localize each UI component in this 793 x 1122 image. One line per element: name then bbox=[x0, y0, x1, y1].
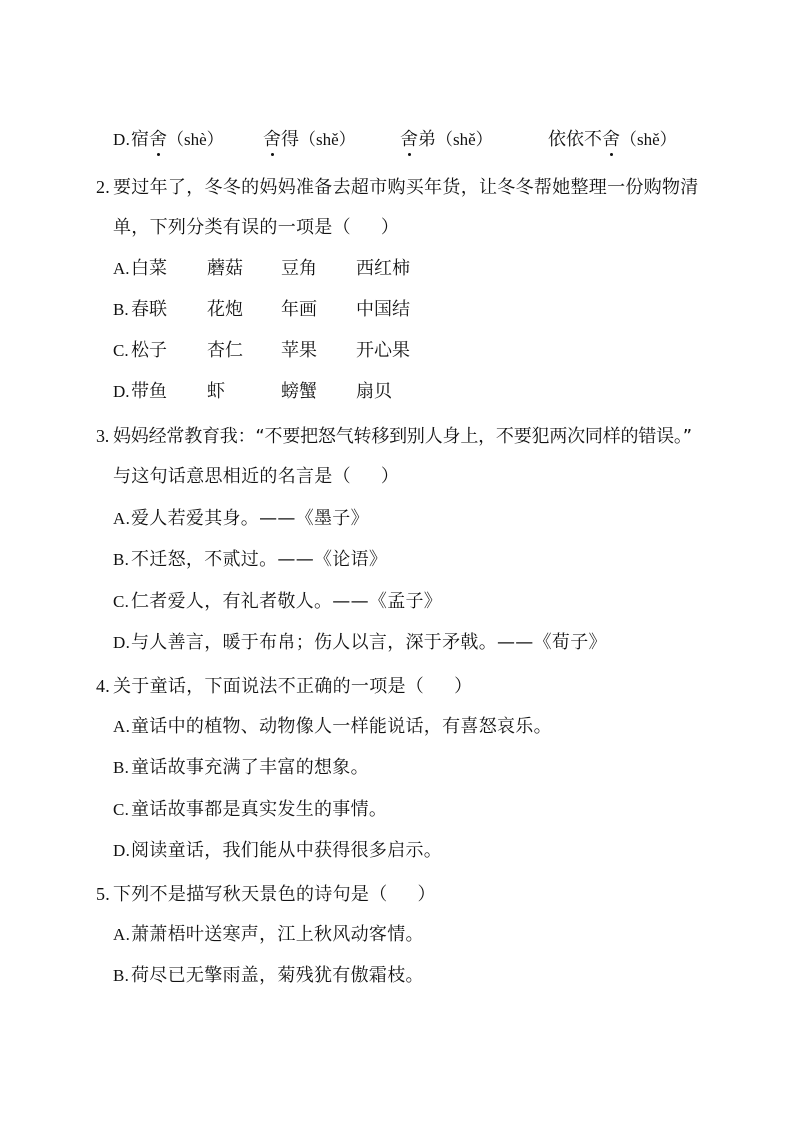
option-item: 花炮 bbox=[207, 299, 243, 321]
emphasis-char: 舍 bbox=[602, 129, 620, 151]
emphasis-char: 舍 bbox=[149, 129, 167, 151]
option-item: 年画 bbox=[281, 299, 317, 321]
option-item: 白菜 bbox=[131, 258, 167, 279]
option-text: 童话故事都是真实发生的事情。 bbox=[131, 799, 387, 820]
q5-option-b: B.荷尽已无擎雨盖，菊残犹有傲霜枝。 bbox=[113, 965, 424, 987]
option-item: 螃蟹 bbox=[281, 381, 317, 403]
option-item: 松子 bbox=[131, 340, 167, 361]
option-item: 豆角 bbox=[281, 258, 317, 280]
option-text: 童话故事充满了丰富的想象。 bbox=[131, 757, 369, 778]
option-text: 阅读童话，我们能从中获得很多启示。 bbox=[131, 840, 442, 861]
option-item: 蘑菇 bbox=[207, 258, 243, 280]
pinyin: （shě） bbox=[436, 130, 493, 149]
q2-stem-line1: 2.要过年了，冬冬的妈妈准备去超市购买年货，让冬冬帮她整理一份购物清 bbox=[96, 176, 699, 199]
option-text: 童话中的植物、动物像人一样能说话，有喜怒哀乐。 bbox=[131, 716, 552, 737]
q5-option-a: A.萧萧梧叶送寒声，江上秋风动客情。 bbox=[113, 924, 424, 946]
option-text: 与人善言，暖于布帛；伤人以言，深于矛戟。——《荀子》 bbox=[131, 632, 607, 653]
option-text: 荷尽已无擎雨盖，菊残犹有傲霜枝。 bbox=[131, 965, 424, 986]
option-letter: B. bbox=[113, 965, 131, 987]
q3-option-d: D.与人善言，暖于布帛；伤人以言，深于矛戟。——《荀子》 bbox=[113, 632, 607, 654]
option-text: 萧萧梧叶送寒声，江上秋风动客情。 bbox=[131, 924, 424, 945]
exam-page: D. 宿舍（shè） 舍得（shě） 舍弟（shě） 依依不舍（shě） 2.要… bbox=[0, 0, 793, 1122]
question-number: 3. bbox=[96, 425, 113, 447]
option-letter: C. bbox=[113, 799, 131, 821]
option-text: 爱人若爱其身。——《墨子》 bbox=[131, 508, 369, 529]
option-letter: D. bbox=[113, 381, 131, 403]
pinyin: （shè） bbox=[167, 130, 224, 149]
question-number: 5. bbox=[96, 883, 113, 905]
option-item: 虾 bbox=[207, 381, 225, 403]
q4-option-c: C.童话故事都是真实发生的事情。 bbox=[113, 799, 387, 821]
q3-stem-line1: 3.妈妈经常教育我：“不要把怒气转移到别人身上，不要犯两次同样的错误。” bbox=[96, 425, 692, 448]
q1-d-item-2: 舍得（shě） bbox=[263, 129, 356, 151]
option-item: 开心果 bbox=[356, 340, 410, 362]
option-letter: D. bbox=[113, 632, 131, 654]
q2-stem-line2: 单，下列分类有误的一项是（） bbox=[113, 217, 399, 239]
q3-stem-line2: 与这句话意思相近的名言是（） bbox=[113, 466, 399, 488]
option-item: 苹果 bbox=[281, 340, 317, 362]
option-letter: D. bbox=[113, 840, 131, 862]
emphasis-char: 舍 bbox=[263, 129, 281, 151]
option-item: 杏仁 bbox=[207, 340, 243, 362]
q3-option-c: C.仁者爱人，有礼者敬人。——《孟子》 bbox=[113, 591, 442, 613]
question-number: 2. bbox=[96, 176, 113, 198]
q4-option-d: D.阅读童话，我们能从中获得很多启示。 bbox=[113, 840, 442, 862]
q4-option-b: B.童话故事充满了丰富的想象。 bbox=[113, 757, 369, 779]
option-letter: B. bbox=[113, 549, 131, 571]
q3-option-b: B.不迁怒，不贰过。——《论语》 bbox=[113, 549, 387, 571]
emphasis-char: 舍 bbox=[400, 129, 418, 151]
option-text: 不迁怒，不贰过。——《论语》 bbox=[131, 549, 387, 570]
option-item: 春联 bbox=[131, 299, 167, 320]
q3-option-a: A.爱人若爱其身。——《墨子》 bbox=[113, 508, 369, 530]
option-item: 西红柿 bbox=[356, 258, 410, 280]
option-item: 中国结 bbox=[356, 299, 410, 321]
q1-option-d: D. bbox=[113, 129, 131, 151]
option-letter: B. bbox=[113, 757, 131, 779]
option-letter: A. bbox=[113, 508, 131, 530]
option-letter: D. bbox=[113, 129, 131, 151]
pinyin: （shě） bbox=[299, 130, 356, 149]
q4-stem: 4.关于童话，下面说法不正确的一项是（） bbox=[96, 675, 472, 698]
option-text: 仁者爱人，有礼者敬人。——《孟子》 bbox=[131, 591, 442, 612]
option-letter: C. bbox=[113, 340, 131, 362]
option-letter: C. bbox=[113, 591, 131, 613]
option-letter: A. bbox=[113, 716, 131, 738]
q5-stem: 5.下列不是描写秋天景色的诗句是（） bbox=[96, 883, 436, 906]
q4-option-a: A.童话中的植物、动物像人一样能说话，有喜怒哀乐。 bbox=[113, 716, 552, 738]
option-letter: B. bbox=[113, 299, 131, 321]
option-item: 扇贝 bbox=[356, 381, 392, 403]
option-letter: A. bbox=[113, 924, 131, 946]
q1-d-item-3: 舍弟（shě） bbox=[400, 129, 493, 151]
q1-d-item-4: 依依不舍（shě） bbox=[548, 129, 677, 151]
question-number: 4. bbox=[96, 675, 113, 697]
q1-d-item-1: 宿舍（shè） bbox=[131, 129, 224, 151]
option-letter: A. bbox=[113, 258, 131, 280]
option-item: 带鱼 bbox=[131, 381, 167, 402]
pinyin: （shě） bbox=[620, 130, 677, 149]
